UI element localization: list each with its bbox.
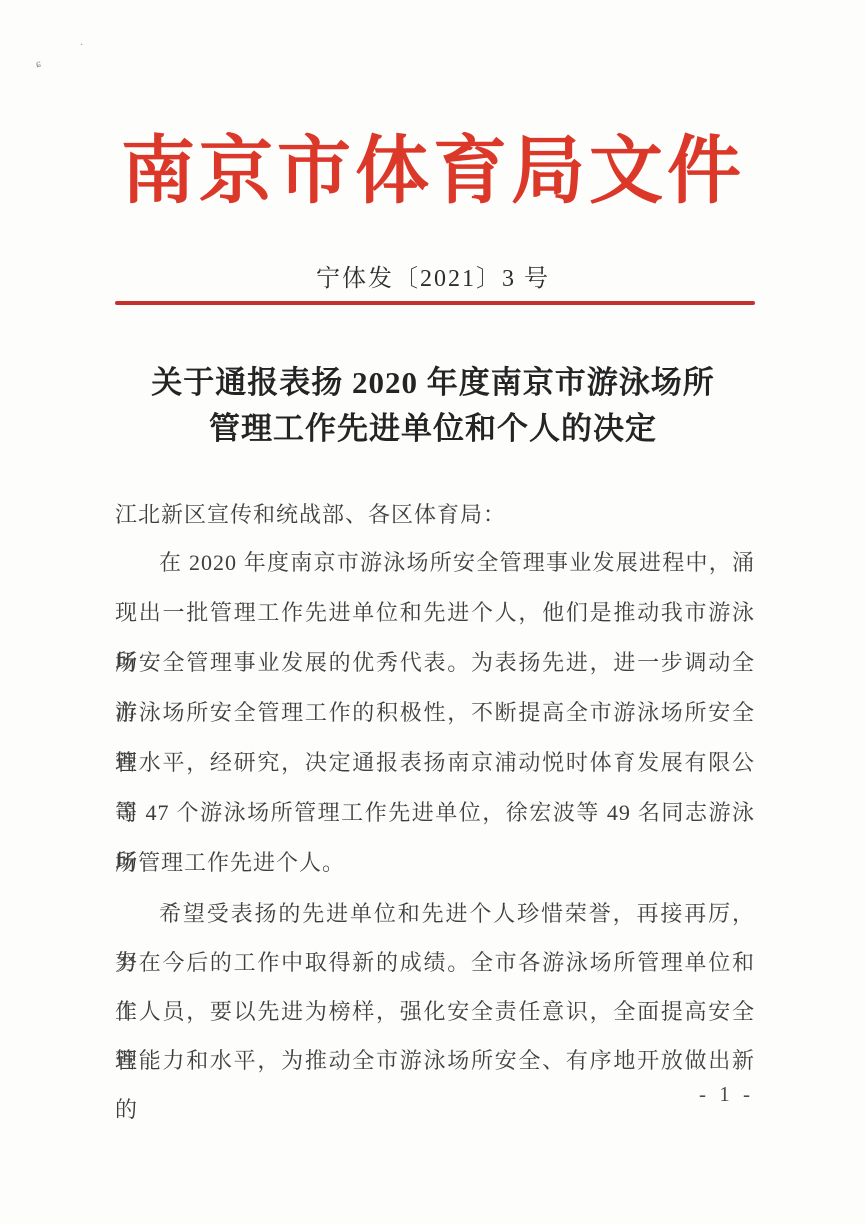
paragraph-2: 希望受表扬的先进单位和先进个人珍惜荣誉，再接再厉，努 力在今后的工作中取得新的成… <box>115 889 755 1085</box>
document-title: 关于通报表扬 2020 年度南京市游泳场所 管理工作先进单位和个人的决定 <box>0 360 866 452</box>
paragraph-1-line-5: 理水平，经研究，决定通报表扬南京浦动悦时体育发展有限公司 <box>115 738 755 788</box>
red-divider-line <box>115 301 755 305</box>
paragraph-1-line-3: 所安全管理事业发展的优秀代表。为表扬先进，进一步调动全市 <box>115 638 755 688</box>
salutation: 江北新区宣传和统战部、各区体育局： <box>115 500 755 530</box>
paragraph-1-line-7: 所管理工作先进个人。 <box>115 838 755 888</box>
paragraph-1: 在 2020 年度南京市游泳场所安全管理事业发展进程中，涌 现出一批管理工作先进… <box>115 538 755 888</box>
agency-header-title: 南京市体育局文件 <box>0 130 866 214</box>
paragraph-2-line-2: 力在今后的工作中取得新的成绩。全市各游泳场所管理单位和工 <box>115 938 755 987</box>
paragraph-1-line-6: 等 47 个游泳场所管理工作先进单位，徐宏波等 49 名同志游泳场 <box>115 788 755 838</box>
paragraph-1-line-2: 现出一批管理工作先进单位和先进个人，他们是推动我市游泳场 <box>115 588 755 638</box>
document-title-line-1: 关于通报表扬 2020 年度南京市游泳场所 <box>0 360 866 406</box>
scan-artifact-dot: · <box>80 40 83 51</box>
document-number: 宁体发〔2021〕3 号 <box>0 258 866 293</box>
page-number: - 1 - <box>699 1082 754 1107</box>
paragraph-1-line-4: 游泳场所安全管理工作的积极性，不断提高全市游泳场所安全管 <box>115 688 755 738</box>
scan-artifact-mark: ɕ <box>35 58 42 71</box>
document-title-line-2: 管理工作先进单位和个人的决定 <box>0 406 866 452</box>
paragraph-2-line-4: 理能力和水平，为推动全市游泳场所安全、有序地开放做出新的 <box>115 1036 755 1085</box>
paragraph-2-line-1: 希望受表扬的先进单位和先进个人珍惜荣誉，再接再厉，努 <box>115 889 755 938</box>
paragraph-2-line-3: 作人员，要以先进为榜样，强化安全责任意识，全面提高安全管 <box>115 987 755 1036</box>
paragraph-1-line-1: 在 2020 年度南京市游泳场所安全管理事业发展进程中，涌 <box>115 538 755 588</box>
document-page: · ɕ 南京市体育局文件 宁体发〔2021〕3 号 关于通报表扬 2020 年度… <box>0 0 866 1224</box>
